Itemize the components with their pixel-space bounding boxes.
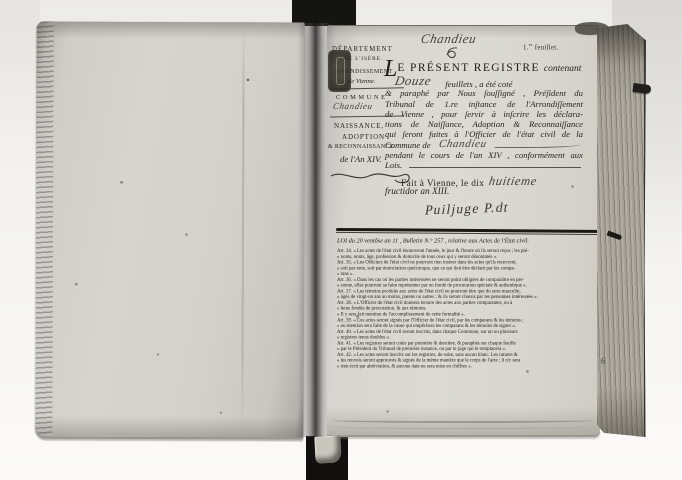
commune-label: COMMUNE (336, 94, 388, 101)
law-articles: Art. 34. « Les actes de l'état civil éno… (337, 248, 609, 369)
act-line: pendant le cours de l'an XIV , conformém… (385, 150, 583, 160)
law-extract: LOI du 20 ventôse an 11 , Bulletin N.° 2… (337, 237, 609, 373)
law-article-line: » rien écrit par abréviation, & aucune d… (337, 363, 609, 369)
act-line: tions de Naiſſance, Adoption & Reconnaiſ… (385, 119, 583, 129)
pen-swash (494, 142, 581, 148)
left-page-blank (35, 22, 304, 438)
rule-filler (409, 161, 581, 168)
heavy-divider-rule (336, 228, 607, 235)
subject-adoption: ADOPTION (342, 133, 385, 141)
arrondissement-value: de Vienne. (348, 78, 375, 85)
act-line: & paraphé par Nous ſouſſigné , Préſident… (385, 88, 583, 98)
act-line: Douze feuillets , a été coté (385, 78, 583, 88)
handwritten-count: Douze (394, 76, 432, 86)
act-line: Commune de Chandieu (385, 140, 583, 150)
feuillet-label: 1.er feuillet. (523, 42, 558, 51)
page-marker-tab (314, 435, 341, 463)
background-shade-left (0, 0, 40, 160)
act-line: Tribunal de 1.re inſtance de l'Arrondiſſ… (385, 99, 583, 109)
act-line: de Vienne , pour ſervir à inſcrire les d… (385, 109, 583, 119)
ink-stamp (328, 50, 351, 92)
law-title: LOI du 20 ventôse an 11 , Bulletin N.° 2… (337, 237, 609, 245)
commune-header-script: Chandieu (420, 31, 478, 47)
commune-value-script: Chandieu (332, 101, 374, 111)
subject-naissance: NAISSANCE, (334, 122, 384, 130)
act-paragraph: Douze feuillets , a été coté & paraphé p… (385, 78, 583, 170)
scan-photo: Chandieu 1.er feuillet. DÉPARTEMENT DE L… (0, 0, 682, 480)
paper-specks (37, 22, 38, 23)
president-signature: Puiljuge P.dt (424, 199, 511, 218)
handwritten-commune: Chandieu (438, 139, 487, 149)
page-crease (241, 26, 244, 431)
fait-line-2: fructidor an XIII. (385, 187, 449, 197)
edge-pencil-mark: 6 (601, 356, 606, 366)
handwritten-day: huitieme (488, 174, 538, 189)
year-label: de l'An XIV. (340, 154, 382, 164)
right-page-content: Chandieu 1.er feuillet. DÉPARTEMENT DE L… (327, 26, 600, 435)
act-line: Lois. (385, 160, 583, 170)
right-page: Chandieu 1.er feuillet. DÉPARTEMENT DE L… (327, 25, 600, 435)
